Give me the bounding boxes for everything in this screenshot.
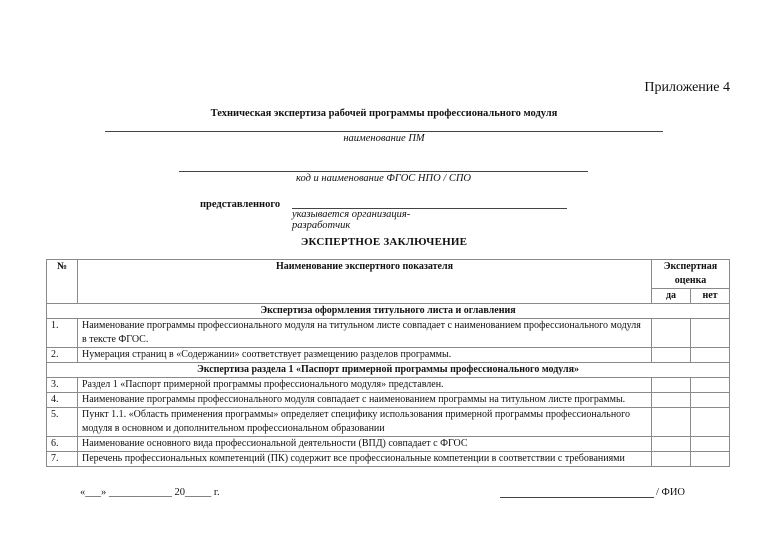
row-number: 5. — [47, 408, 78, 437]
score-yes-cell[interactable] — [652, 437, 691, 452]
conclusion-title: ЭКСПЕРТНОЕ ЗАКЛЮЧЕНИЕ — [0, 236, 768, 248]
col-indicator-header: Наименование экспертного показателя — [78, 260, 652, 304]
row-number: 4. — [47, 393, 78, 408]
row-indicator-text: Раздел 1 «Паспорт примерной программы пр… — [78, 378, 652, 393]
presented-label: представленного — [200, 199, 280, 210]
col-score-header: Экспертная оценка — [652, 260, 730, 289]
section-title: Экспертиза оформления титульного листа и… — [47, 304, 730, 319]
row-indicator-text: Перечень профессиональных компетенций (П… — [78, 452, 652, 467]
table-header-row: № Наименование экспертного показателя Эк… — [47, 260, 730, 289]
date-field[interactable]: «___» ____________ 20_____ г. — [80, 487, 220, 498]
section-header-row: Экспертиза раздела 1 «Паспорт примерной … — [47, 363, 730, 378]
score-yes-cell[interactable] — [652, 348, 691, 363]
table-row: 1.Наименование программы профессионально… — [47, 319, 730, 348]
row-number: 6. — [47, 437, 78, 452]
score-yes-cell[interactable] — [652, 378, 691, 393]
org-caption: указывается организация-разработчик — [292, 209, 412, 231]
pm-name-line[interactable] — [105, 131, 663, 132]
table-row: 4.Наименование программы профессионально… — [47, 393, 730, 408]
appendix-label: Приложение 4 — [644, 80, 730, 96]
score-no-cell[interactable] — [691, 437, 730, 452]
fgos-caption: код и наименование ФГОС НПО / СПО — [179, 173, 588, 184]
col-yes-header: да — [652, 289, 691, 304]
score-yes-cell[interactable] — [652, 319, 691, 348]
row-indicator-text: Наименование программы профессионального… — [78, 319, 652, 348]
row-indicator-text: Нумерация страниц в «Содержании» соответ… — [78, 348, 652, 363]
section-header-row: Экспертиза оформления титульного листа и… — [47, 304, 730, 319]
row-number: 1. — [47, 319, 78, 348]
document-title: Техническая экспертиза рабочей программы… — [0, 108, 768, 119]
row-indicator-text: Наименование основного вида профессионал… — [78, 437, 652, 452]
score-yes-cell[interactable] — [652, 408, 691, 437]
row-number: 3. — [47, 378, 78, 393]
row-indicator-text: Наименование программы профессионального… — [78, 393, 652, 408]
score-no-cell[interactable] — [691, 393, 730, 408]
table-row: 2.Нумерация страниц в «Содержании» соотв… — [47, 348, 730, 363]
col-num-header: № — [47, 260, 78, 304]
row-number: 7. — [47, 452, 78, 467]
col-no-header: нет — [691, 289, 730, 304]
score-yes-cell[interactable] — [652, 452, 691, 467]
fio-label: / ФИО — [656, 487, 685, 498]
pm-name-caption: наименование ПМ — [105, 133, 663, 144]
row-indicator-text: Пункт 1.1. «Область применения программы… — [78, 408, 652, 437]
score-no-cell[interactable] — [691, 348, 730, 363]
row-number: 2. — [47, 348, 78, 363]
score-no-cell[interactable] — [691, 408, 730, 437]
table-row: 5.Пункт 1.1. «Область применения програм… — [47, 408, 730, 437]
table-row: 7.Перечень профессиональных компетенций … — [47, 452, 730, 467]
score-no-cell[interactable] — [691, 378, 730, 393]
section-title: Экспертиза раздела 1 «Паспорт примерной … — [47, 363, 730, 378]
table-row: 6.Наименование основного вида профессион… — [47, 437, 730, 452]
table-row: 3.Раздел 1 «Паспорт примерной программы … — [47, 378, 730, 393]
score-no-cell[interactable] — [691, 319, 730, 348]
score-no-cell[interactable] — [691, 452, 730, 467]
signature-line[interactable] — [500, 497, 654, 498]
expert-table: № Наименование экспертного показателя Эк… — [46, 259, 730, 467]
fgos-line[interactable] — [179, 171, 588, 172]
score-yes-cell[interactable] — [652, 393, 691, 408]
